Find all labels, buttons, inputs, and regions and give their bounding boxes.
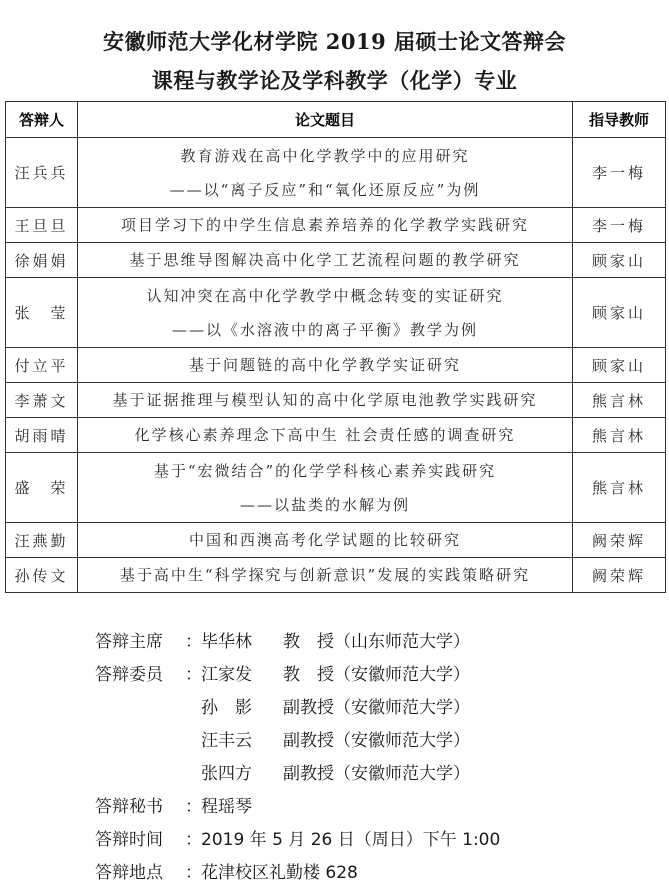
chair-institution: （山东师范大学） — [334, 626, 470, 659]
colon: ： — [185, 791, 201, 824]
table-row: 汪燕勤 中国和西澳高考化学试题的比较研究 阙荣辉 — [6, 523, 666, 558]
student-name: 徐娟娟 — [6, 243, 78, 278]
colon: ： — [185, 824, 201, 857]
student-name: 孙传文 — [6, 558, 78, 593]
defense-location: 花津校区礼勤楼 628 — [201, 857, 358, 890]
advisor-name: 熊言林 — [573, 418, 666, 453]
member-institution: （安徽师范大学） — [334, 659, 470, 692]
colon: ： — [185, 659, 201, 692]
colon: ： — [185, 857, 201, 890]
student-name: 王旦旦 — [6, 208, 78, 243]
committee-chair-row: 答辩主席 ： 毕华林 教 授 （山东师范大学） — [95, 626, 500, 659]
advisor-name: 阙荣辉 — [573, 523, 666, 558]
location-label: 答辩地点 — [95, 857, 185, 890]
document-subtitle: 课程与教学论及学科教学（化学）专业 — [0, 65, 669, 95]
member-name: 汪丰云 — [201, 725, 283, 758]
members-label: 答辩委员 — [95, 659, 185, 692]
member-name: 江家发 — [201, 659, 283, 692]
thesis-title: 教育游戏在高中化学教学中的应用研究 ——以“离子反应”和“氧化还原反应”为例 — [78, 138, 573, 208]
student-name: 汪兵兵 — [6, 138, 78, 208]
table-header-row: 答辩人 论文题目 指导教师 — [6, 102, 666, 138]
thesis-title: 基于思维导图解决高中化学工艺流程问题的教学研究 — [78, 243, 573, 278]
student-name: 张 莹 — [6, 278, 78, 348]
column-header-thesis-title: 论文题目 — [78, 102, 573, 138]
chair-label: 答辩主席 — [95, 626, 185, 659]
student-name: 胡雨晴 — [6, 418, 78, 453]
table-row: 王旦旦 项目学习下的中学生信息素养培养的化学教学实践研究 李一梅 — [6, 208, 666, 243]
student-name: 汪燕勤 — [6, 523, 78, 558]
thesis-title-line: 基于高中生“科学探究与创新意识”发展的实践策略研究 — [78, 558, 572, 592]
member-title: 副教授 — [283, 758, 334, 791]
thesis-subtitle-line: ——以《水溶液中的离子平衡》教学为例 — [78, 313, 572, 347]
member-institution: （安徽师范大学） — [334, 692, 470, 725]
member-institution: （安徽师范大学） — [334, 758, 470, 791]
thesis-title-line: 认知冲突在高中化学教学中概念转变的实证研究 — [78, 279, 572, 313]
table-row: 胡雨晴 化学核心素养理念下高中生 社会责任感的调查研究 熊言林 — [6, 418, 666, 453]
thesis-subtitle-line: ——以“离子反应”和“氧化还原反应”为例 — [78, 173, 572, 207]
thesis-title: 认知冲突在高中化学教学中概念转变的实证研究 ——以《水溶液中的离子平衡》教学为例 — [78, 278, 573, 348]
member-name: 孙 影 — [201, 692, 283, 725]
thesis-title: 项目学习下的中学生信息素养培养的化学教学实践研究 — [78, 208, 573, 243]
thesis-title-line: 中国和西澳高考化学试题的比较研究 — [78, 523, 572, 557]
thesis-title-line: 基于问题链的高中化学教学实证研究 — [78, 348, 572, 382]
member-name: 张四方 — [201, 758, 283, 791]
thesis-title: 中国和西澳高考化学试题的比较研究 — [78, 523, 573, 558]
member-institution: （安徽师范大学） — [334, 725, 470, 758]
document-title: 安徽师范大学化材学院 2019 届硕士论文答辩会 — [0, 26, 669, 56]
thesis-title-line: 教育游戏在高中化学教学中的应用研究 — [78, 139, 572, 173]
thesis-title: 基于问题链的高中化学教学实证研究 — [78, 348, 573, 383]
thesis-title-line: 项目学习下的中学生信息素养培养的化学教学实践研究 — [78, 208, 572, 242]
committee-member-row: 张四方 副教授 （安徽师范大学） — [95, 758, 500, 791]
secretary-row: 答辩秘书 ： 程瑶琴 — [95, 791, 500, 824]
column-header-student: 答辩人 — [6, 102, 78, 138]
committee-member-row: 汪丰云 副教授 （安徽师范大学） — [95, 725, 500, 758]
advisor-name: 阙荣辉 — [573, 558, 666, 593]
column-header-advisor: 指导教师 — [573, 102, 666, 138]
thesis-title: 基于高中生“科学探究与创新意识”发展的实践策略研究 — [78, 558, 573, 593]
student-name: 盛 荣 — [6, 453, 78, 523]
committee-member-row: 孙 影 副教授 （安徽师范大学） — [95, 692, 500, 725]
table-row: 徐娟娟 基于思维导图解决高中化学工艺流程问题的教学研究 顾家山 — [6, 243, 666, 278]
chair-name: 毕华林 — [201, 626, 283, 659]
chair-title: 教 授 — [283, 626, 334, 659]
thesis-title: 化学核心素养理念下高中生 社会责任感的调查研究 — [78, 418, 573, 453]
secretary-name: 程瑶琴 — [201, 791, 252, 824]
advisor-name: 顾家山 — [573, 278, 666, 348]
student-name: 付立平 — [6, 348, 78, 383]
advisor-name: 熊言林 — [573, 453, 666, 523]
time-label: 答辩时间 — [95, 824, 185, 857]
thesis-title-line: 基于证据推理与模型认知的高中化学原电池教学实践研究 — [78, 383, 572, 417]
member-title: 教 授 — [283, 659, 334, 692]
student-name: 李萧文 — [6, 383, 78, 418]
advisor-name: 熊言林 — [573, 383, 666, 418]
table-row: 付立平 基于问题链的高中化学教学实证研究 顾家山 — [6, 348, 666, 383]
table-row: 张 莹 认知冲突在高中化学教学中概念转变的实证研究 ——以《水溶液中的离子平衡》… — [6, 278, 666, 348]
thesis-title-line: 基于“宏微结合”的化学学科核心素养实践研究 — [78, 454, 572, 488]
table-row: 孙传文 基于高中生“科学探究与创新意识”发展的实践策略研究 阙荣辉 — [6, 558, 666, 593]
colon: ： — [185, 626, 201, 659]
defense-time: 2019 年 5 月 26 日（周日）下午 1:00 — [201, 824, 500, 857]
thesis-title: 基于“宏微结合”的化学学科核心素养实践研究 ——以盐类的水解为例 — [78, 453, 573, 523]
member-title: 副教授 — [283, 725, 334, 758]
advisor-name: 顾家山 — [573, 348, 666, 383]
advisor-name: 顾家山 — [573, 243, 666, 278]
committee-member-row: 答辩委员 ： 江家发 教 授 （安徽师范大学） — [95, 659, 500, 692]
thesis-title-line: 化学核心素养理念下高中生 社会责任感的调查研究 — [78, 418, 572, 452]
committee-info: 答辩主席 ： 毕华林 教 授 （山东师范大学） 答辩委员 ： 江家发 教 授 （… — [95, 626, 500, 890]
time-row: 答辩时间 ： 2019 年 5 月 26 日（周日）下午 1:00 — [95, 824, 500, 857]
table-row: 盛 荣 基于“宏微结合”的化学学科核心素养实践研究 ——以盐类的水解为例 熊言林 — [6, 453, 666, 523]
thesis-title-line: 基于思维导图解决高中化学工艺流程问题的教学研究 — [78, 243, 572, 277]
table-row: 李萧文 基于证据推理与模型认知的高中化学原电池教学实践研究 熊言林 — [6, 383, 666, 418]
member-title: 副教授 — [283, 692, 334, 725]
advisor-name: 李一梅 — [573, 138, 666, 208]
thesis-title: 基于证据推理与模型认知的高中化学原电池教学实践研究 — [78, 383, 573, 418]
advisor-name: 李一梅 — [573, 208, 666, 243]
thesis-subtitle-line: ——以盐类的水解为例 — [78, 488, 572, 522]
secretary-label: 答辩秘书 — [95, 791, 185, 824]
defense-schedule-table: 答辩人 论文题目 指导教师 汪兵兵 教育游戏在高中化学教学中的应用研究 ——以“… — [5, 101, 666, 593]
table-row: 汪兵兵 教育游戏在高中化学教学中的应用研究 ——以“离子反应”和“氧化还原反应”… — [6, 138, 666, 208]
location-row: 答辩地点 ： 花津校区礼勤楼 628 — [95, 857, 500, 890]
